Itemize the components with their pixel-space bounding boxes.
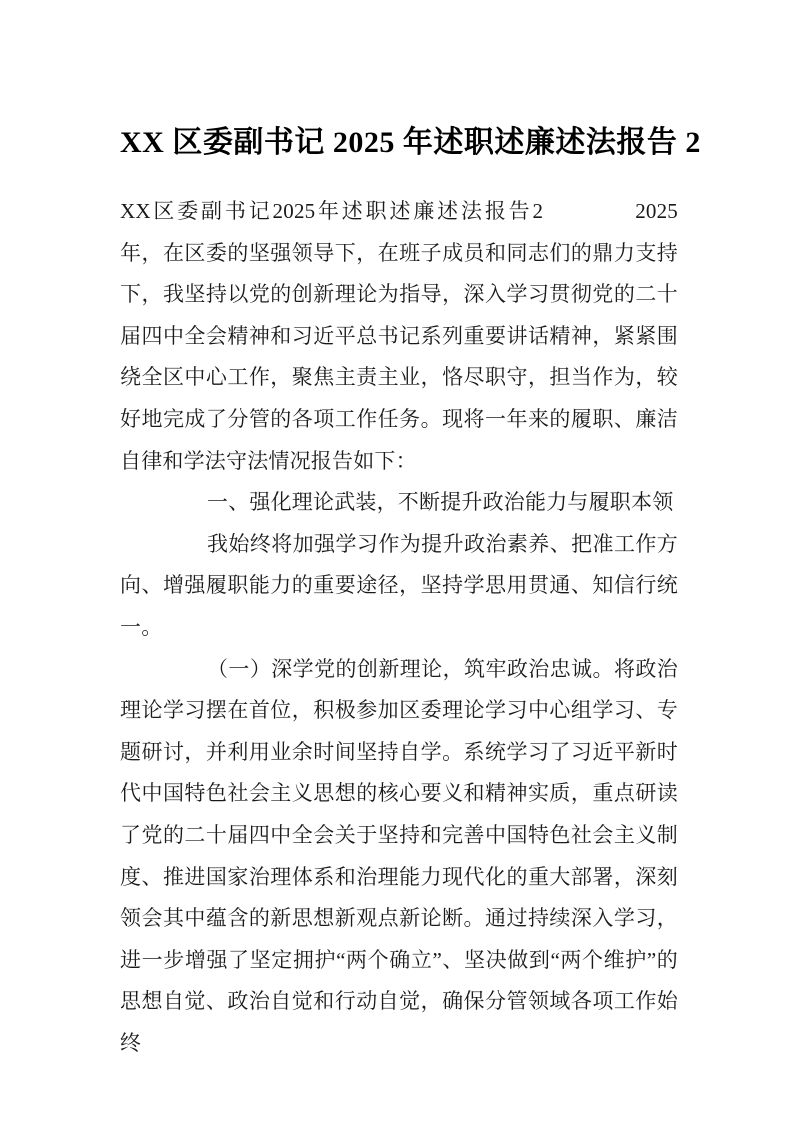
inline-gap	[543, 217, 635, 218]
paragraph-subsection1: （一）深学党的创新理论，筑牢政治忠诚。将政治理论学习摆在首位，积极参加区委理论学…	[120, 649, 678, 1065]
document-title: XX 区委副书记 2025 年述职述廉述法报告 2	[120, 124, 678, 162]
document-page: XX 区委副书记 2025 年述职述廉述法报告 2 XX区委副书记2025年述职…	[0, 0, 793, 1122]
intro-body-text: 2025年，在区委的坚强领导下，在班子成员和同志们的鼎力支持下，我坚持以党的创新…	[120, 199, 678, 473]
paragraph-section1-heading: 一、强化理论武装，不断提升政治能力与履职本领	[120, 482, 678, 524]
intro-inline-title: XX区委副书记2025年述职述廉述法报告2	[120, 199, 543, 223]
paragraph-section1-intro: 我始终将加强学习作为提升政治素养、把准工作方向、增强履职能力的重要途径，坚持学思…	[120, 524, 678, 649]
paragraph-intro: XX区委副书记2025年述职述廉述法报告22025年，在区委的坚强领导下，在班子…	[120, 191, 678, 482]
